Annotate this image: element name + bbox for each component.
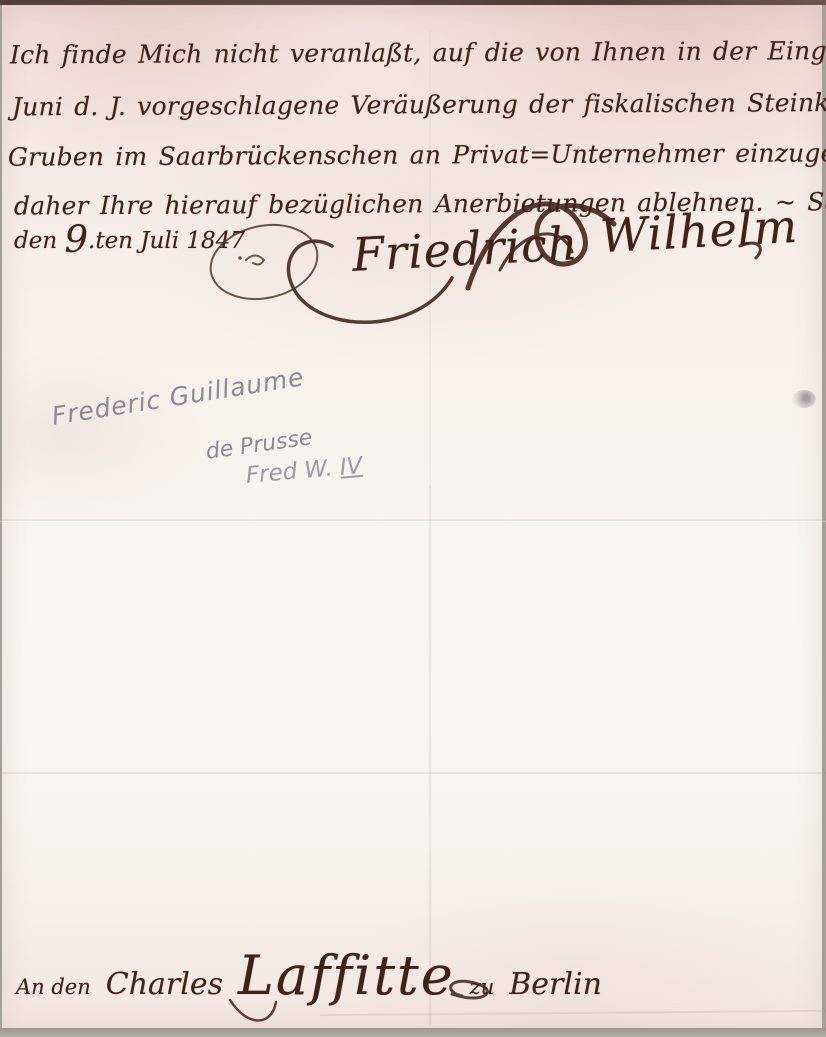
date-line: den 9.ten Juli 1847 bbox=[14, 228, 245, 254]
scanned-letter-page: Ich finde Mich nicht veranlaßt, auf die … bbox=[0, 0, 826, 1037]
address-connector: zu bbox=[470, 975, 495, 999]
address-surname: Laffitte bbox=[238, 952, 455, 1001]
paper-damage-spot bbox=[792, 390, 816, 408]
scan-edge-top bbox=[0, 0, 826, 5]
address-city: Berlin bbox=[509, 967, 602, 1002]
address-prefix: An den bbox=[16, 975, 91, 999]
pencil-annotation-numeral: IV bbox=[339, 453, 364, 481]
address-first-name: Charles bbox=[106, 967, 223, 1002]
signature-last-name: Wilhelm bbox=[599, 199, 800, 263]
body-line-3: Gruben im Saarbrückenschen an Privat=Unt… bbox=[8, 137, 826, 171]
date-prefix: den bbox=[14, 228, 57, 254]
body-line-1: Ich finde Mich nicht veranlaßt, auf die … bbox=[10, 36, 826, 70]
scan-edge-bottom bbox=[0, 1028, 826, 1037]
date-day: 9 bbox=[64, 218, 88, 261]
address-line: An den Charles Laffitte zu Berlin bbox=[16, 952, 602, 1002]
date-suffix: .ten Juli 1847 bbox=[88, 228, 245, 254]
body-line-2: Juni d. J. vorgeschlagene Veräußerung de… bbox=[12, 88, 826, 122]
